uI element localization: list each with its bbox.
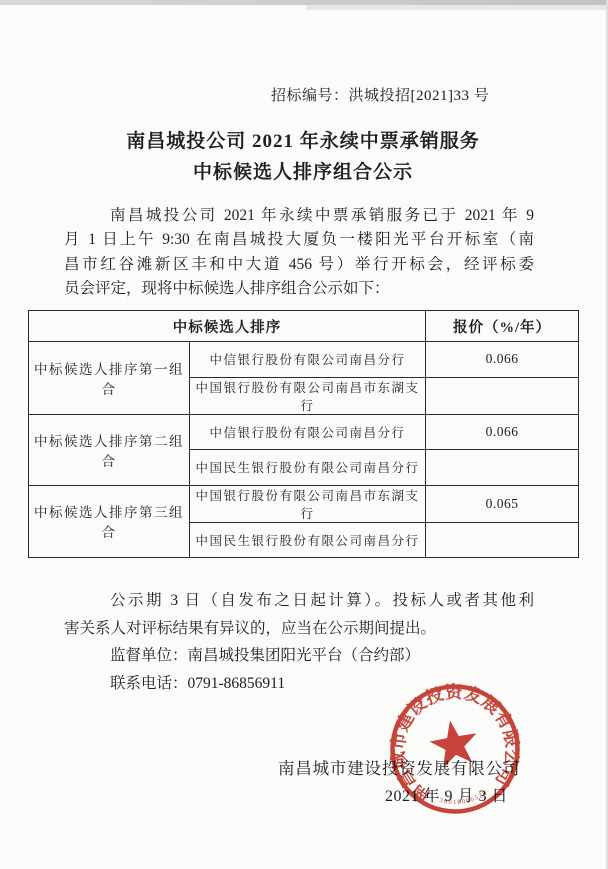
official-seal: 南昌城市建设投资发展有限公司 36010006526 [374, 668, 536, 830]
table-header-rank: 中标候选人排序 [29, 311, 426, 342]
table-header-row: 中标候选人排序 报价（%/年） [29, 311, 579, 342]
price-value [426, 377, 579, 414]
document-page: 招标编号：洪城投招[2021]33 号 南昌城投公司 2021 年永续中票承销服… [0, 0, 608, 869]
group-2-label: 中标候选人排序第二组合 [29, 414, 190, 485]
price-value: 0.065 [426, 485, 579, 522]
intro-line-1: 南昌城投公司 2021 年永续中票承销服务已于 2021 年 9 [64, 204, 534, 228]
notice-line-2: 害关系人对评标结果有异议的，应当在公示期间提出。 [64, 615, 534, 643]
bank-name: 中国民生银行股份有限公司南昌分行 [190, 450, 426, 486]
bank-name: 中信银行股份有限公司南昌分行 [190, 414, 426, 450]
intro-line-4: 员会评定，现将中标候选人排序组合公示如下： [64, 277, 534, 301]
group-3-label: 中标候选人排序第三组合 [29, 485, 190, 558]
price-value [426, 522, 579, 558]
tender-number: 招标编号：洪城投招[2021]33 号 [271, 84, 489, 105]
intro-paragraph: 南昌城投公司 2021 年永续中票承销服务已于 2021 年 9 月 1 日上午… [64, 204, 534, 302]
scan-edge-corner [306, 5, 606, 10]
table-header-price: 报价（%/年） [426, 311, 579, 342]
bank-name: 中国民生银行股份有限公司南昌分行 [190, 522, 426, 558]
bank-name: 中国银行股份有限公司南昌市东湖支行 [190, 377, 426, 414]
table-row: 中标候选人排序第三组合 中国银行股份有限公司南昌市东湖支行 0.065 [29, 485, 579, 522]
title-line-2: 中标候选人排序组合公示 [0, 157, 606, 188]
table-row: 中标候选人排序第一组合 中信银行股份有限公司南昌分行 0.066 [29, 342, 579, 378]
candidates-table: 中标候选人排序 报价（%/年） 中标候选人排序第一组合 中信银行股份有限公司南昌… [28, 310, 579, 558]
bank-name: 中信银行股份有限公司南昌分行 [190, 342, 426, 378]
price-value: 0.066 [426, 342, 579, 378]
group-1-label: 中标候选人排序第一组合 [29, 342, 190, 415]
intro-line-2: 月 1 日上午 9:30 在南昌城投大厦负一楼阳光平台开标室（南 [64, 228, 534, 252]
intro-line-3: 昌市红谷滩新区丰和中大道 456 号）举行开标会，经评标委 [64, 253, 534, 277]
price-value [426, 450, 579, 486]
table-row: 中标候选人排序第二组合 中信银行股份有限公司南昌分行 0.066 [29, 414, 579, 450]
notice-line-1: 公示期 3 日（自发布之日起计算）。投标人或者其他利 [64, 587, 534, 615]
title-line-1: 南昌城投公司 2021 年永续中票承销服务 [0, 126, 606, 157]
seal-star-icon [427, 716, 482, 769]
bank-name: 中国银行股份有限公司南昌市东湖支行 [190, 485, 426, 522]
price-value: 0.066 [426, 414, 579, 450]
document-title: 南昌城投公司 2021 年永续中票承销服务 中标候选人排序组合公示 [0, 126, 606, 188]
supervisor-line: 监督单位：南昌城投集团阳光平台（合约部） [64, 642, 534, 670]
